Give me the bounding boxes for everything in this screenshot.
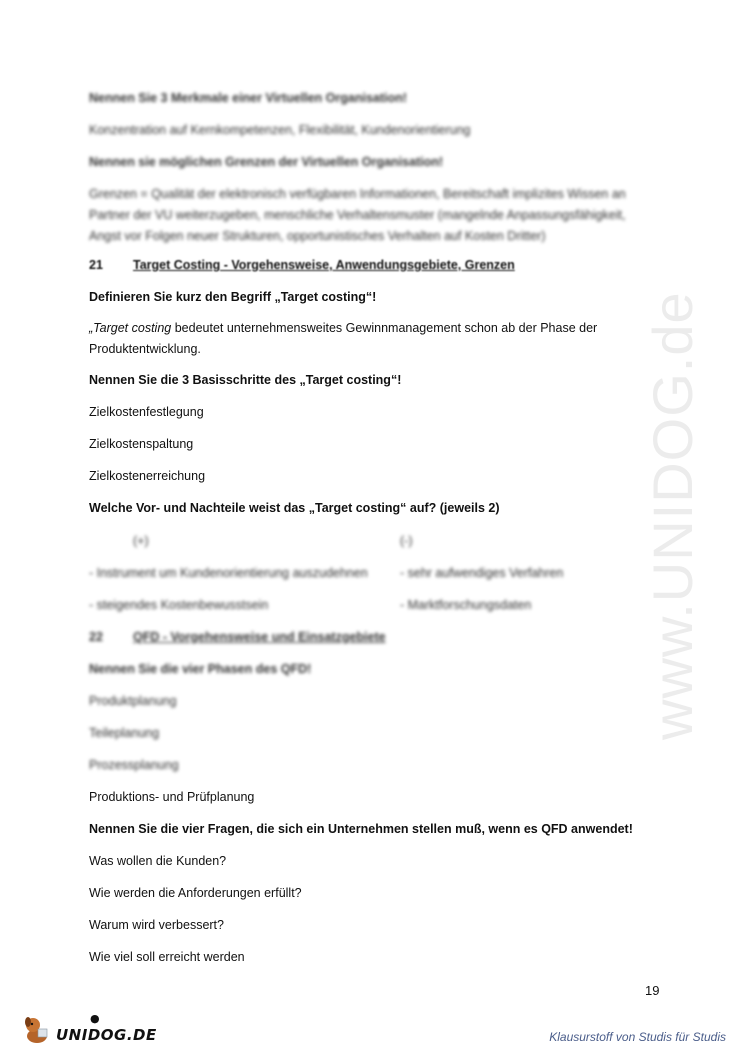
answer-virtual-org-features: Konzentration auf Kernkompetenzen, Flexi… — [89, 120, 471, 141]
footer-tagline: Klausurstoff von Studis für Studis — [549, 1030, 726, 1044]
answer-virtual-org-limits: Grenzen = Qualität der elektronisch verf… — [89, 184, 649, 247]
qfd-question-item: Wie viel soll erreicht werden — [89, 947, 245, 968]
con-item: - Marktforschungsdaten — [400, 595, 531, 616]
phase-item: Produktplanung — [89, 691, 177, 712]
qfd-question-item: Was wollen die Kunden? — [89, 851, 226, 872]
step-item: Zielkostenspaltung — [89, 434, 193, 455]
section-number: 21 — [89, 255, 133, 276]
question-pros-cons: Welche Vor- und Nachteile weist das „Tar… — [89, 498, 500, 519]
section-heading-21: 21Target Costing - Vorgehensweise, Anwen… — [89, 255, 515, 276]
section-heading-22: 22QFD - Vorgehensweise und Einsatzgebiet… — [89, 627, 386, 648]
qfd-question-item: Wie werden die Anforderungen erfüllt? — [89, 883, 302, 904]
pros-header: (+) — [133, 531, 149, 552]
question-define-target-costing: Definieren Sie kurz den Begriff „Target … — [89, 287, 376, 308]
qfd-question-item: Warum wird verbessert? — [89, 915, 224, 936]
phase-item: Teileplanung — [89, 723, 159, 744]
term-italic: „Target costing — [89, 321, 171, 335]
unidog-logo: ● UNIDOG.DE — [22, 1014, 157, 1044]
pro-item: - Instrument um Kundenorientierung auszu… — [89, 563, 368, 584]
question-virtual-org-features: Nennen Sie 3 Merkmale einer Virtuellen O… — [89, 88, 407, 109]
question-qfd-questions: Nennen Sie die vier Fragen, die sich ein… — [89, 819, 633, 840]
dog-mascot-icon — [22, 1014, 52, 1044]
question-qfd-phases: Nennen Sie die vier Phasen des QFD! — [89, 659, 311, 680]
watermark: www.UNIDOG.de — [640, 291, 705, 740]
question-virtual-org-limits: Nennen sie möglichen Grenzen der Virtuel… — [89, 152, 443, 173]
logo-text: ● UNIDOG.DE — [56, 1026, 157, 1044]
step-item: Zielkostenfestlegung — [89, 402, 204, 423]
paw-icon: ● — [90, 1012, 100, 1025]
con-item: - sehr aufwendiges Verfahren — [400, 563, 563, 584]
phase-item: Produktions- und Prüfplanung — [89, 787, 254, 808]
section-title: QFD - Vorgehensweise und Einsatzgebiete — [133, 630, 386, 644]
question-basic-steps: Nennen Sie die 3 Basisschritte des „Targ… — [89, 370, 401, 391]
phase-item: Prozessplanung — [89, 755, 179, 776]
step-item: Zielkostenerreichung — [89, 466, 205, 487]
pro-item: - steigendes Kostenbewusstsein — [89, 595, 268, 616]
section-title: Target Costing - Vorgehensweise, Anwendu… — [133, 258, 515, 272]
cons-header: (-) — [400, 531, 413, 552]
logo-label: UNIDOG.DE — [56, 1026, 157, 1044]
section-number: 22 — [89, 627, 133, 648]
answer-define-target-costing: „Target costing bedeutet unternehmenswei… — [89, 318, 649, 360]
page-number: 19 — [645, 983, 659, 998]
